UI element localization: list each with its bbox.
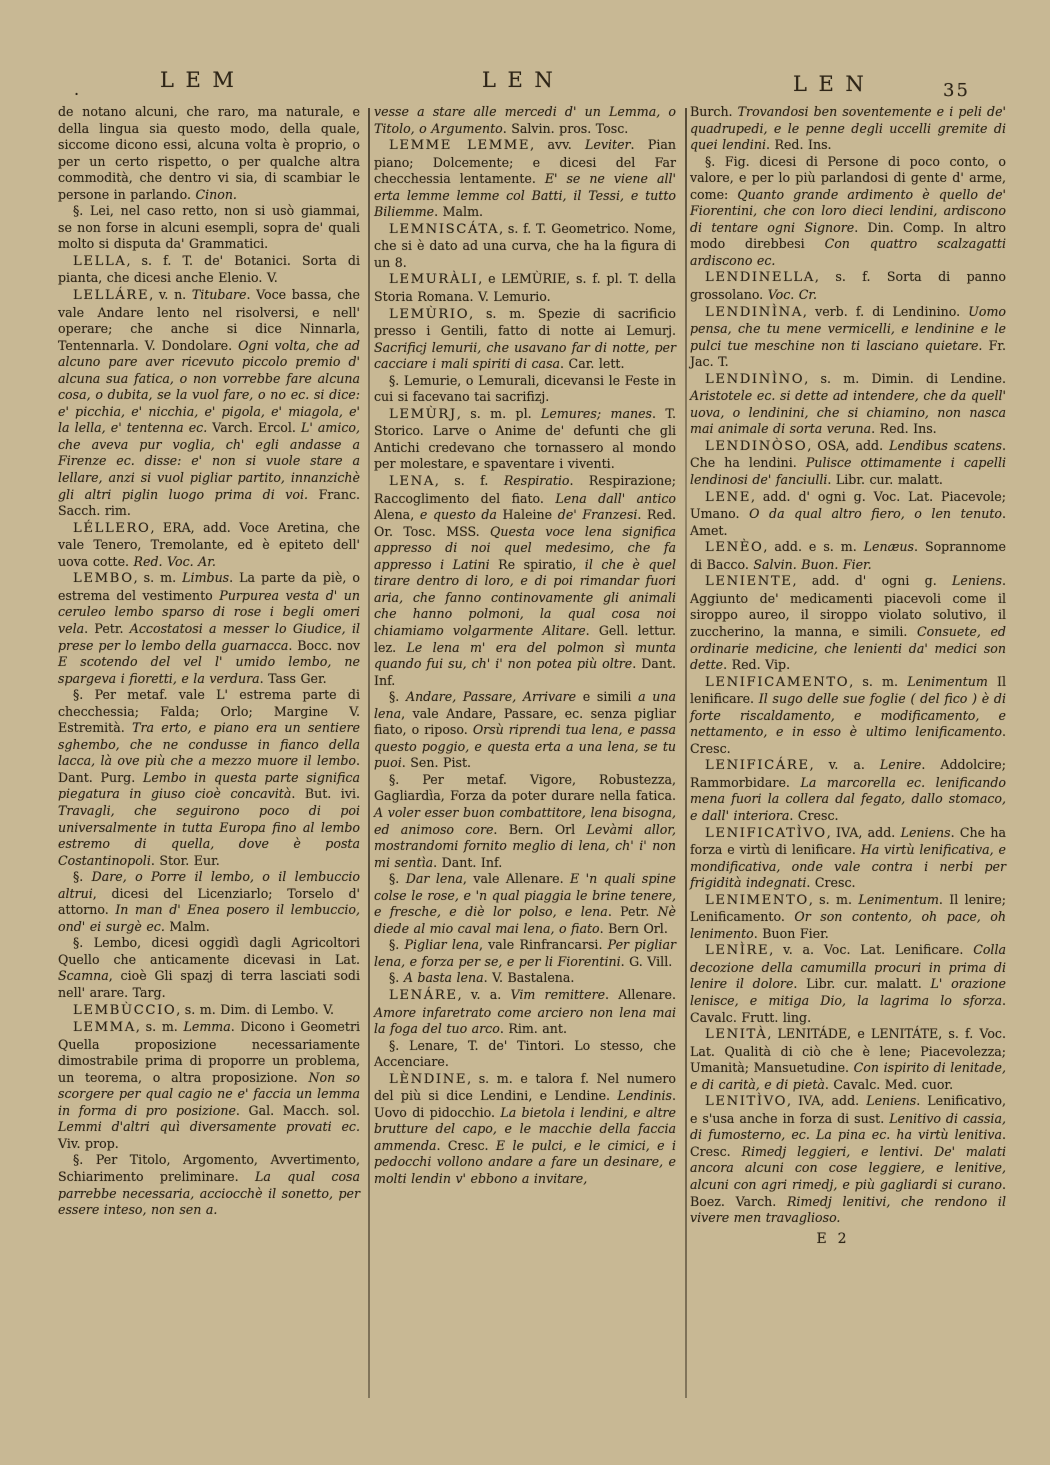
entry-headword: LENÈO bbox=[705, 540, 763, 555]
dictionary-paragraph: LENÁRE, v. a. Vim remittere. Allenare. A… bbox=[374, 987, 676, 1038]
column-divider-right bbox=[685, 108, 687, 1398]
entry-headword: LENÌRE bbox=[705, 943, 769, 958]
dictionary-paragraph: LELLÁRE, v. n. Titubare. Voce bassa, che… bbox=[58, 287, 360, 520]
dictionary-paragraph: LENE, add. d' ogni g. Voc. Lat. Piacevol… bbox=[690, 489, 1006, 540]
dictionary-paragraph: §. Lemurie, o Lemurali, dicevansi le Fes… bbox=[374, 373, 676, 406]
dictionary-paragraph: §. A basta lena. V. Bastalena. bbox=[374, 970, 676, 987]
gathering-signature: E 2 bbox=[690, 1231, 1006, 1248]
entry-headword: LEMNISCÁTA bbox=[389, 222, 499, 237]
dictionary-paragraph: LELLA, s. f. T. de' Botanici. Sorta di p… bbox=[58, 253, 360, 287]
header-section-center: LEN bbox=[482, 68, 564, 92]
dictionary-paragraph: LEMME LEMME, avv. Leviter. Pian piano; D… bbox=[374, 137, 676, 221]
entry-headword: LENITÀ bbox=[705, 1027, 767, 1042]
dictionary-paragraph: LEMÙRJ, s. m. pl. Lemures; manes. T. Sto… bbox=[374, 406, 676, 473]
dictionary-paragraph: §. Dare, o Porre il lembo, o il lembucci… bbox=[58, 869, 360, 935]
dictionary-paragraph: LENIFICATÌVO, IVA, add. Leniens. Che ha … bbox=[690, 825, 1006, 892]
dictionary-paragraph: vesse a stare alle mercedi d' un Lemma, … bbox=[374, 104, 676, 137]
entry-headword: LENA bbox=[389, 474, 435, 489]
dictionary-paragraph: LENIENTE, add. d' ogni g. Leniens. Aggiu… bbox=[690, 573, 1006, 673]
entry-headword: LENDINELLA bbox=[705, 270, 815, 285]
dictionary-paragraph: §. Per metaf. vale L' estrema parte di c… bbox=[58, 687, 360, 869]
entry-headword: LÈNDINE bbox=[389, 1072, 467, 1087]
entry-headword: LEMURÀLI bbox=[389, 272, 478, 287]
dictionary-paragraph: LENA, s. f. Respiratio. Respirazione; Ra… bbox=[374, 473, 676, 689]
dictionary-paragraph: LEMBÙCCIO, s. m. Dim. di Lembo. V. bbox=[58, 1002, 360, 1020]
dictionary-paragraph: Burch. Trovandosi ben soventemente e i p… bbox=[690, 104, 1006, 154]
dictionary-paragraph: LÈNDINE, s. m. e talora f. Nel numero de… bbox=[374, 1071, 676, 1188]
dictionary-paragraph: LENDINELLA, s. f. Sorta di panno grossol… bbox=[690, 269, 1006, 303]
dictionary-paragraph: de notano alcuni, che raro, ma naturale,… bbox=[58, 104, 360, 203]
dictionary-paragraph: LENÈO, add. e s. m. Lenæus. Soprannome d… bbox=[690, 539, 1006, 573]
entry-headword: LEMÙRIO bbox=[389, 307, 469, 322]
column-divider-left bbox=[368, 108, 370, 1398]
entry-headword: LENDINÌNO bbox=[705, 372, 804, 387]
book-page-scan: . LEM LEN LEN 35 de notano alcuni, che r… bbox=[0, 0, 1050, 1465]
entry-headword: LEMBÙCCIO bbox=[73, 1003, 176, 1018]
header-section-left: LEM bbox=[160, 68, 245, 92]
text-columns: de notano alcuni, che raro, ma naturale,… bbox=[58, 104, 1016, 1434]
dictionary-paragraph: LEMBO, s. m. Limbus. La parte da piè, o … bbox=[58, 570, 360, 687]
entry-headword: LENE bbox=[705, 490, 751, 505]
entry-headword: LENITÌVO bbox=[705, 1094, 787, 1109]
entry-headword: LEMME LEMME bbox=[389, 138, 530, 153]
entry-headword: LENDINÒSO bbox=[705, 439, 807, 454]
dictionary-paragraph: LEMMA, s. m. Lemma. Dicono i Geometri Qu… bbox=[58, 1019, 360, 1152]
entry-headword: LELLA bbox=[73, 254, 126, 269]
dictionary-paragraph: LENITÀ, LENITÁDE, e LENITÁTE, s. f. Voc.… bbox=[690, 1026, 1006, 1093]
dictionary-paragraph: LENIMENTO, s. m. Lenimentum. Il lenire; … bbox=[690, 892, 1006, 943]
dictionary-paragraph: §. Fig. dicesi di Persone di poco conto,… bbox=[690, 154, 1006, 270]
dictionary-paragraph: LEMÙRIO, s. m. Spezie di sacrificio pres… bbox=[374, 306, 676, 373]
dictionary-paragraph: LENDINÒSO, OSA, add. Lendibus scatens. C… bbox=[690, 438, 1006, 489]
dictionary-paragraph: LENIFICAMENTO, s. m. Lenimentum Il lenif… bbox=[690, 674, 1006, 758]
dictionary-paragraph: LENIFICÁRE, v. a. Lenire. Addolcire; Ram… bbox=[690, 757, 1006, 824]
dictionary-paragraph: LEMURÀLI, e LEMÙRIE, s. f. pl. T. della … bbox=[374, 271, 676, 305]
dictionary-paragraph: LEMNISCÁTA, s. f. T. Geometrico. Nome, c… bbox=[374, 221, 676, 272]
entry-headword: LENIFICAMENTO bbox=[705, 675, 849, 690]
dictionary-paragraph: §. Dar lena, vale Allenare. E 'n quali s… bbox=[374, 871, 676, 937]
entry-headword: LENDINÌNA bbox=[705, 305, 803, 320]
header-section-right: LEN bbox=[793, 72, 875, 96]
entry-headword: LÉLLERO bbox=[73, 521, 150, 536]
dictionary-paragraph: §. Lembo, dicesi oggidì dagli Agricoltor… bbox=[58, 935, 360, 1001]
dictionary-paragraph: LENITÌVO, IVA, add. Leniens. Lenificativ… bbox=[690, 1093, 1006, 1226]
dictionary-paragraph: LENDINÌNO, s. m. Dimin. di Lendine. Aris… bbox=[690, 371, 1006, 438]
entry-headword: LENIFICATÌVO bbox=[705, 826, 827, 841]
entry-headword: LENIENTE bbox=[705, 574, 793, 589]
entry-headword: LENIFICÁRE bbox=[705, 758, 810, 773]
page-number: 35 bbox=[943, 80, 970, 101]
entry-headword: LELLÁRE bbox=[73, 288, 149, 303]
dictionary-paragraph: LÉLLERO, ERA, add. Voce Aretina, che val… bbox=[58, 520, 360, 571]
column-right: Burch. Trovandosi ben soventemente e i p… bbox=[690, 104, 1006, 1434]
entry-headword: LEMBO bbox=[73, 571, 134, 586]
entry-headword: LEMMA bbox=[73, 1020, 136, 1035]
dictionary-paragraph: §. Pigliar lena, vale Rinfrancarsi. Per … bbox=[374, 937, 676, 970]
dictionary-paragraph: LENDINÌNA, verb. f. di Lendinino. Uomo p… bbox=[690, 304, 1006, 371]
column-left: de notano alcuni, che raro, ma naturale,… bbox=[58, 104, 360, 1434]
column-center: vesse a stare alle mercedi d' un Lemma, … bbox=[374, 104, 676, 1434]
dictionary-paragraph: §. Lei, nel caso retto, non si usò giamm… bbox=[58, 203, 360, 253]
entry-headword: LENÁRE bbox=[389, 988, 458, 1003]
dictionary-paragraph: §. Lenare, T. de' Tintori. Lo stesso, ch… bbox=[374, 1038, 676, 1071]
entry-headword: LEMÙRJ bbox=[389, 407, 457, 422]
dictionary-paragraph: §. Per Titolo, Argomento, Avvertimento, … bbox=[58, 1152, 360, 1218]
entry-headword: LENIMENTO bbox=[705, 893, 809, 908]
dictionary-paragraph: LENÌRE, v. a. Voc. Lat. Lenificare. Coll… bbox=[690, 942, 1006, 1026]
dictionary-paragraph: §. Andare, Passare, Arrivare e simili a … bbox=[374, 689, 676, 772]
dictionary-paragraph: §. Per metaf. Vigore, Robustezza, Gaglia… bbox=[374, 772, 676, 871]
header-dot: . bbox=[74, 80, 79, 99]
